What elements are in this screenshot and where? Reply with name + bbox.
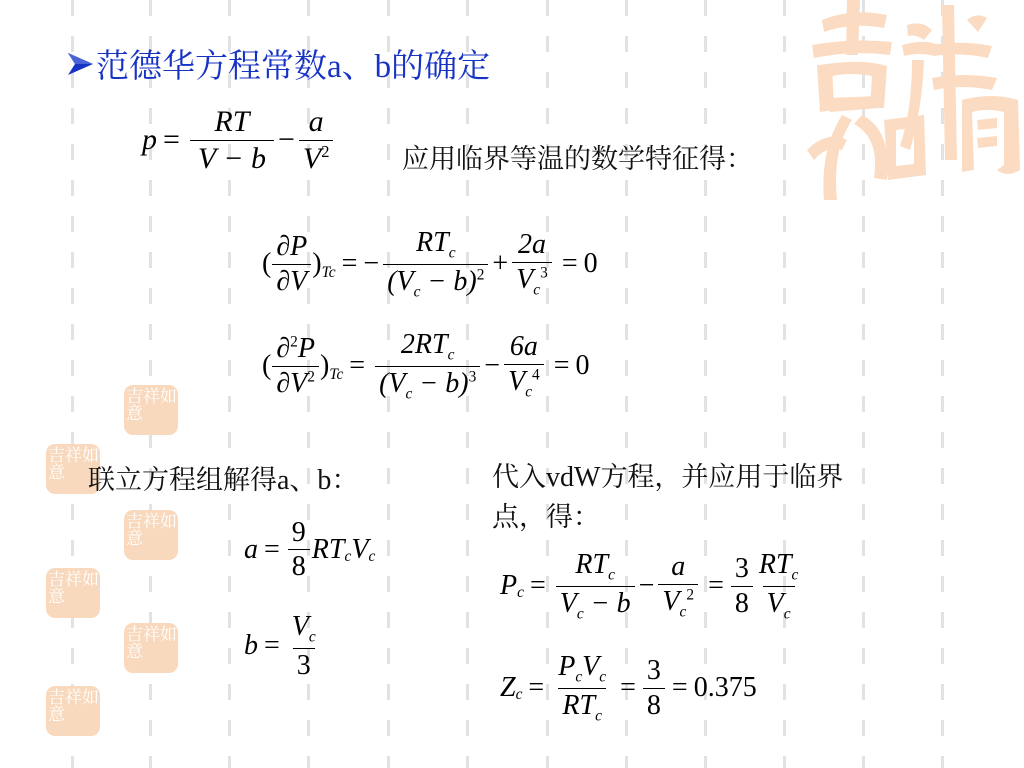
small-seal-decoration-icon: 吉祥如意 <box>124 623 178 673</box>
subscript: c <box>525 383 532 400</box>
eq-symbol: b <box>244 630 258 662</box>
denominator: (Vc − b)2 <box>383 264 488 301</box>
critical-isotherm-note: 应用临界等温的数学特征得： <box>402 137 753 176</box>
fraction: RT V − b <box>190 106 274 174</box>
eq-symbol: V <box>303 142 321 175</box>
fraction: RTc (Vc − b)2 <box>383 228 488 301</box>
fraction: a V2 <box>299 106 334 174</box>
exponent: 2 <box>307 368 315 385</box>
title-text-end: 的确定 <box>391 40 490 87</box>
subscript: c <box>577 605 584 622</box>
fraction: ∂2P ∂V2 <box>272 334 319 398</box>
denominator: 8 <box>731 586 753 618</box>
subscript: c <box>448 347 455 364</box>
eq-symbol: = <box>264 534 280 566</box>
subscript: Tc <box>329 366 343 384</box>
numerator: 3 <box>643 656 665 687</box>
subscript: c <box>599 669 606 686</box>
eq-symbol: V <box>582 651 599 682</box>
eq-symbol: = <box>620 672 636 704</box>
eq-symbol: = <box>672 672 688 704</box>
fraction: RTc Vc <box>755 550 803 623</box>
arrowhead-bullet-icon <box>66 51 94 77</box>
subscript: c <box>792 567 799 584</box>
exponent: 3 <box>540 264 548 281</box>
eq-symbol: ∂V <box>276 368 307 399</box>
denominator: Vc2 <box>658 584 698 621</box>
eq-symbol: 0 <box>584 248 598 280</box>
fraction: 9 8 <box>288 518 310 582</box>
numerator: RT <box>210 106 253 140</box>
numerator: RTc <box>755 550 803 586</box>
compressibility-factor-equation: Zc = PcVc RTc = 3 8 = 0.375 <box>500 652 757 725</box>
numerator: 6a <box>506 332 542 363</box>
eq-symbol: = <box>530 570 546 602</box>
subscript: c <box>344 548 351 566</box>
fraction: 3 8 <box>643 656 665 720</box>
eq-symbol: RT <box>562 690 595 721</box>
exponent: 3 <box>469 368 477 385</box>
eq-symbol: ∂ <box>276 333 290 364</box>
eq-symbol: p <box>142 123 157 157</box>
eq-symbol: ( <box>262 350 271 382</box>
label-text: vdW <box>546 462 600 493</box>
eq-symbol: ( <box>262 248 271 280</box>
dashed-line <box>71 0 74 768</box>
denominator: ∂V <box>272 264 311 296</box>
exponent: 4 <box>532 366 540 383</box>
denominator: V − b <box>190 140 274 175</box>
numerator: RTc <box>412 228 460 264</box>
dashed-line <box>783 0 786 768</box>
title-text: 范德华方程常数 <box>96 40 327 87</box>
denominator: V2 <box>299 140 334 175</box>
eq-symbol: = <box>708 570 724 602</box>
b-result-equation: b = Vc 3 <box>244 612 322 680</box>
eq-symbol: − b) <box>420 266 476 297</box>
numerator: PcVc <box>554 652 610 688</box>
calligraphy-seal-decoration-icon <box>792 0 1024 215</box>
subscript: c <box>608 567 615 584</box>
eq-symbol: V <box>516 264 533 295</box>
eq-symbol: P <box>298 333 315 364</box>
eq-symbol: RT <box>416 227 449 258</box>
eq-symbol: − b <box>584 588 631 619</box>
fraction: ∂P ∂V <box>272 232 311 296</box>
eq-symbol: (V <box>387 266 413 297</box>
numerator: 2RTc <box>397 330 459 366</box>
eq-symbol: − <box>363 248 379 280</box>
exponent: 2 <box>686 586 694 603</box>
eq-symbol: a <box>244 534 258 566</box>
fraction: RTc Vc − b <box>556 550 635 623</box>
eq-symbol: (V <box>379 368 405 399</box>
small-seal-decoration-icon: 吉祥如意 <box>46 686 100 736</box>
small-seal-decoration-icon: 吉祥如意 <box>46 568 100 618</box>
fraction: Vc 3 <box>288 612 320 680</box>
fraction: a Vc2 <box>658 552 698 620</box>
fraction: 6a Vc4 <box>504 332 544 400</box>
exponent: 2 <box>321 142 329 161</box>
denominator: Vc <box>763 586 795 623</box>
eq-symbol: V <box>767 588 784 619</box>
denominator: Vc3 <box>512 262 552 299</box>
zc-value: 0.375 <box>694 672 757 704</box>
eq-symbol: = <box>264 630 280 662</box>
eq-symbol: + <box>492 248 508 280</box>
subscript: c <box>516 686 523 704</box>
numerator: a <box>667 552 689 583</box>
slide-title: 范德华方程常数a、b的确定 <box>66 40 490 87</box>
exponent: 2 <box>290 334 298 351</box>
eq-symbol: V <box>292 611 309 642</box>
small-seal-decoration-icon: 吉祥如意 <box>124 510 178 560</box>
label-text: 方程，并应用于临界 <box>600 462 843 493</box>
eq-symbol: RT <box>575 549 608 580</box>
label-text: 联立方程组解得 <box>88 465 277 496</box>
numerator: 9 <box>288 518 310 549</box>
eq-symbol: − <box>484 350 500 382</box>
solve-system-label: 联立方程组解得a、b： <box>88 458 358 498</box>
eq-symbol: = <box>342 248 358 280</box>
fraction: 2RTc (Vc − b)3 <box>375 330 480 403</box>
denominator: Vc − b <box>556 586 635 623</box>
eq-symbol: ) <box>320 350 329 382</box>
label-text: a、b <box>277 465 331 496</box>
vdw-equation: p = RT V − b − a V2 <box>142 106 337 174</box>
eq-symbol: P <box>558 651 575 682</box>
subscript: c <box>533 281 540 298</box>
subscript: c <box>595 707 602 724</box>
eq-symbol: = <box>349 350 365 382</box>
label-text: ： <box>331 465 358 496</box>
eq-symbol: V <box>508 366 525 397</box>
eq-symbol: RT <box>759 549 792 580</box>
eq-symbol: − b) <box>412 368 468 399</box>
subscript: c <box>680 603 687 620</box>
denominator: 3 <box>293 648 315 680</box>
numerator: 3 <box>731 554 753 585</box>
numerator: 2a <box>514 230 550 261</box>
eq-symbol: 0 <box>576 350 590 382</box>
eq-symbol: Z <box>500 672 516 704</box>
subscript: c <box>784 605 791 622</box>
exponent: 2 <box>477 266 485 283</box>
denominator: 8 <box>643 688 665 720</box>
eq-symbol: − <box>278 123 295 157</box>
eq-symbol: V <box>351 534 368 566</box>
denominator: (Vc − b)3 <box>375 366 480 403</box>
numerator: ∂P <box>272 232 311 263</box>
denominator: ∂V2 <box>272 366 319 398</box>
subscript: c <box>449 245 456 262</box>
substitute-vdw-label: 代入vdW方程，并应用于临界 点，得： <box>492 458 843 538</box>
eq-symbol: − <box>639 570 655 602</box>
fraction: PcVc RTc <box>554 652 610 725</box>
eq-symbol: = <box>163 123 180 157</box>
label-text: 代入 <box>492 462 546 493</box>
numerator: RTc <box>571 550 619 586</box>
fraction: 3 8 <box>731 554 753 618</box>
eq-symbol: = <box>554 350 570 382</box>
subscript: Tc <box>322 264 336 282</box>
eq-symbol: 2RT <box>401 329 448 360</box>
fraction: 2a Vc3 <box>512 230 552 298</box>
label-line: 代入vdW方程，并应用于临界 <box>492 458 843 498</box>
title-ab: a、b <box>327 40 391 87</box>
eq-symbol: = <box>562 248 578 280</box>
subscript: c <box>309 629 316 646</box>
eq-symbol: RT <box>312 534 345 566</box>
eq-symbol: = <box>528 672 544 704</box>
numerator: Vc <box>288 612 320 648</box>
eq-symbol: V <box>662 586 679 617</box>
second-derivative-equation: ( ∂2P ∂V2 )Tc = 2RTc (Vc − b)3 − 6a Vc4 … <box>262 330 590 403</box>
denominator: Vc4 <box>504 364 544 401</box>
subscript: c <box>368 548 375 566</box>
denominator: RTc <box>558 688 606 725</box>
label-line: 点，得： <box>492 498 843 538</box>
critical-pressure-equation: Pc = RTc Vc − b − a Vc2 = 3 8 RTc Vc <box>500 550 803 623</box>
eq-symbol: P <box>500 570 517 602</box>
eq-symbol: V <box>560 588 577 619</box>
a-result-equation: a = 9 8 RTcVc <box>244 518 375 582</box>
first-derivative-equation: ( ∂P ∂V )Tc = − RTc (Vc − b)2 + 2a Vc3 =… <box>262 228 598 301</box>
eq-symbol: ) <box>312 248 321 280</box>
subscript: c <box>517 584 524 602</box>
numerator: a <box>305 106 328 140</box>
small-seal-decoration-icon: 吉祥如意 <box>124 385 178 435</box>
numerator: ∂2P <box>272 334 319 365</box>
denominator: 8 <box>288 549 310 581</box>
